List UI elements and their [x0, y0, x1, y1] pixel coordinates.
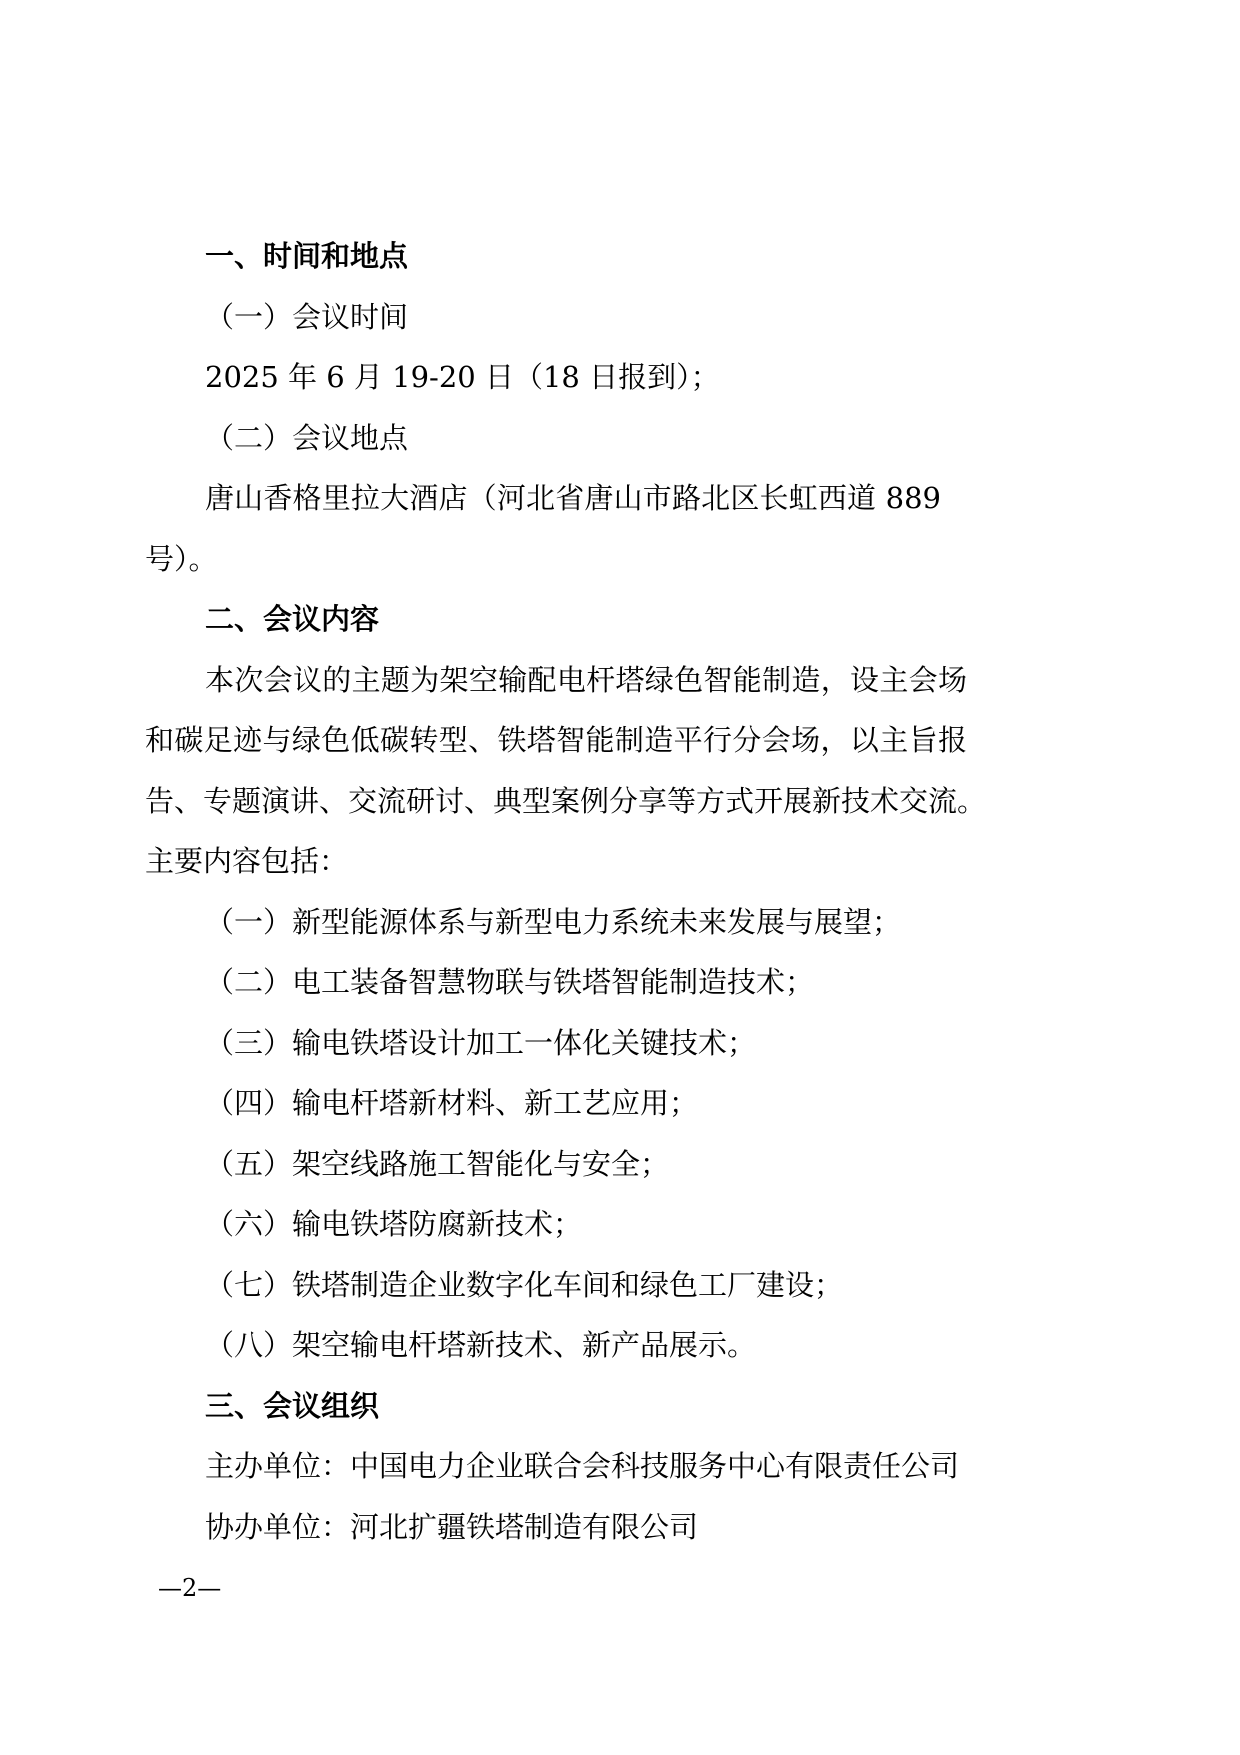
subheading-meeting-venue: （二）会议地点: [205, 418, 408, 458]
venue-line-1: 唐山香格里拉大酒店（河北省唐山市路北区长虹西道 889: [205, 478, 941, 518]
content-item-1: （一）新型能源体系与新型电力系统未来发展与展望；: [205, 902, 901, 942]
venue-line-2: 号）。: [145, 539, 218, 579]
content-item-4: （四）输电杆塔新材料、新工艺应用；: [205, 1083, 698, 1123]
content-paragraph-line-2: 和碳足迹与绿色低碳转型、铁塔智能制造平行分会场，以主旨报: [145, 720, 967, 760]
host-organization: 主办单位：中国电力企业联合会科技服务中心有限责任公司: [205, 1446, 959, 1486]
content-item-8: （八）架空输电杆塔新技术、新产品展示。: [205, 1325, 756, 1365]
content-paragraph-line-3: 告、专题演讲、交流研讨、典型案例分享等方式开展新技术交流。: [145, 781, 967, 821]
content-item-2: （二）电工装备智慧物联与铁塔智能制造技术；: [205, 962, 814, 1002]
page-number: —2—: [158, 1573, 221, 1603]
meeting-date: 2025 年 6 月 19-20 日（18 日报到）；: [205, 357, 720, 397]
content-item-7: （七）铁塔制造企业数字化车间和绿色工厂建设；: [205, 1265, 843, 1305]
subheading-meeting-time: （一）会议时间: [205, 297, 408, 337]
content-item-3: （三）输电铁塔设计加工一体化关键技术；: [205, 1023, 756, 1063]
content-paragraph-line-1: 本次会议的主题为架空输配电杆塔绿色智能制造，设主会场: [205, 660, 967, 700]
co-host-organization: 协办单位：河北扩疆铁塔制造有限公司: [205, 1507, 698, 1547]
content-item-5: （五）架空线路施工智能化与安全；: [205, 1144, 669, 1184]
section-heading-content: 二、会议内容: [205, 599, 379, 639]
content-paragraph-line-4: 主要内容包括：: [145, 841, 348, 881]
section-heading-time-place: 一、时间和地点: [205, 236, 408, 276]
section-heading-organization: 三、会议组织: [205, 1386, 379, 1426]
content-item-6: （六）输电铁塔防腐新技术；: [205, 1204, 582, 1244]
